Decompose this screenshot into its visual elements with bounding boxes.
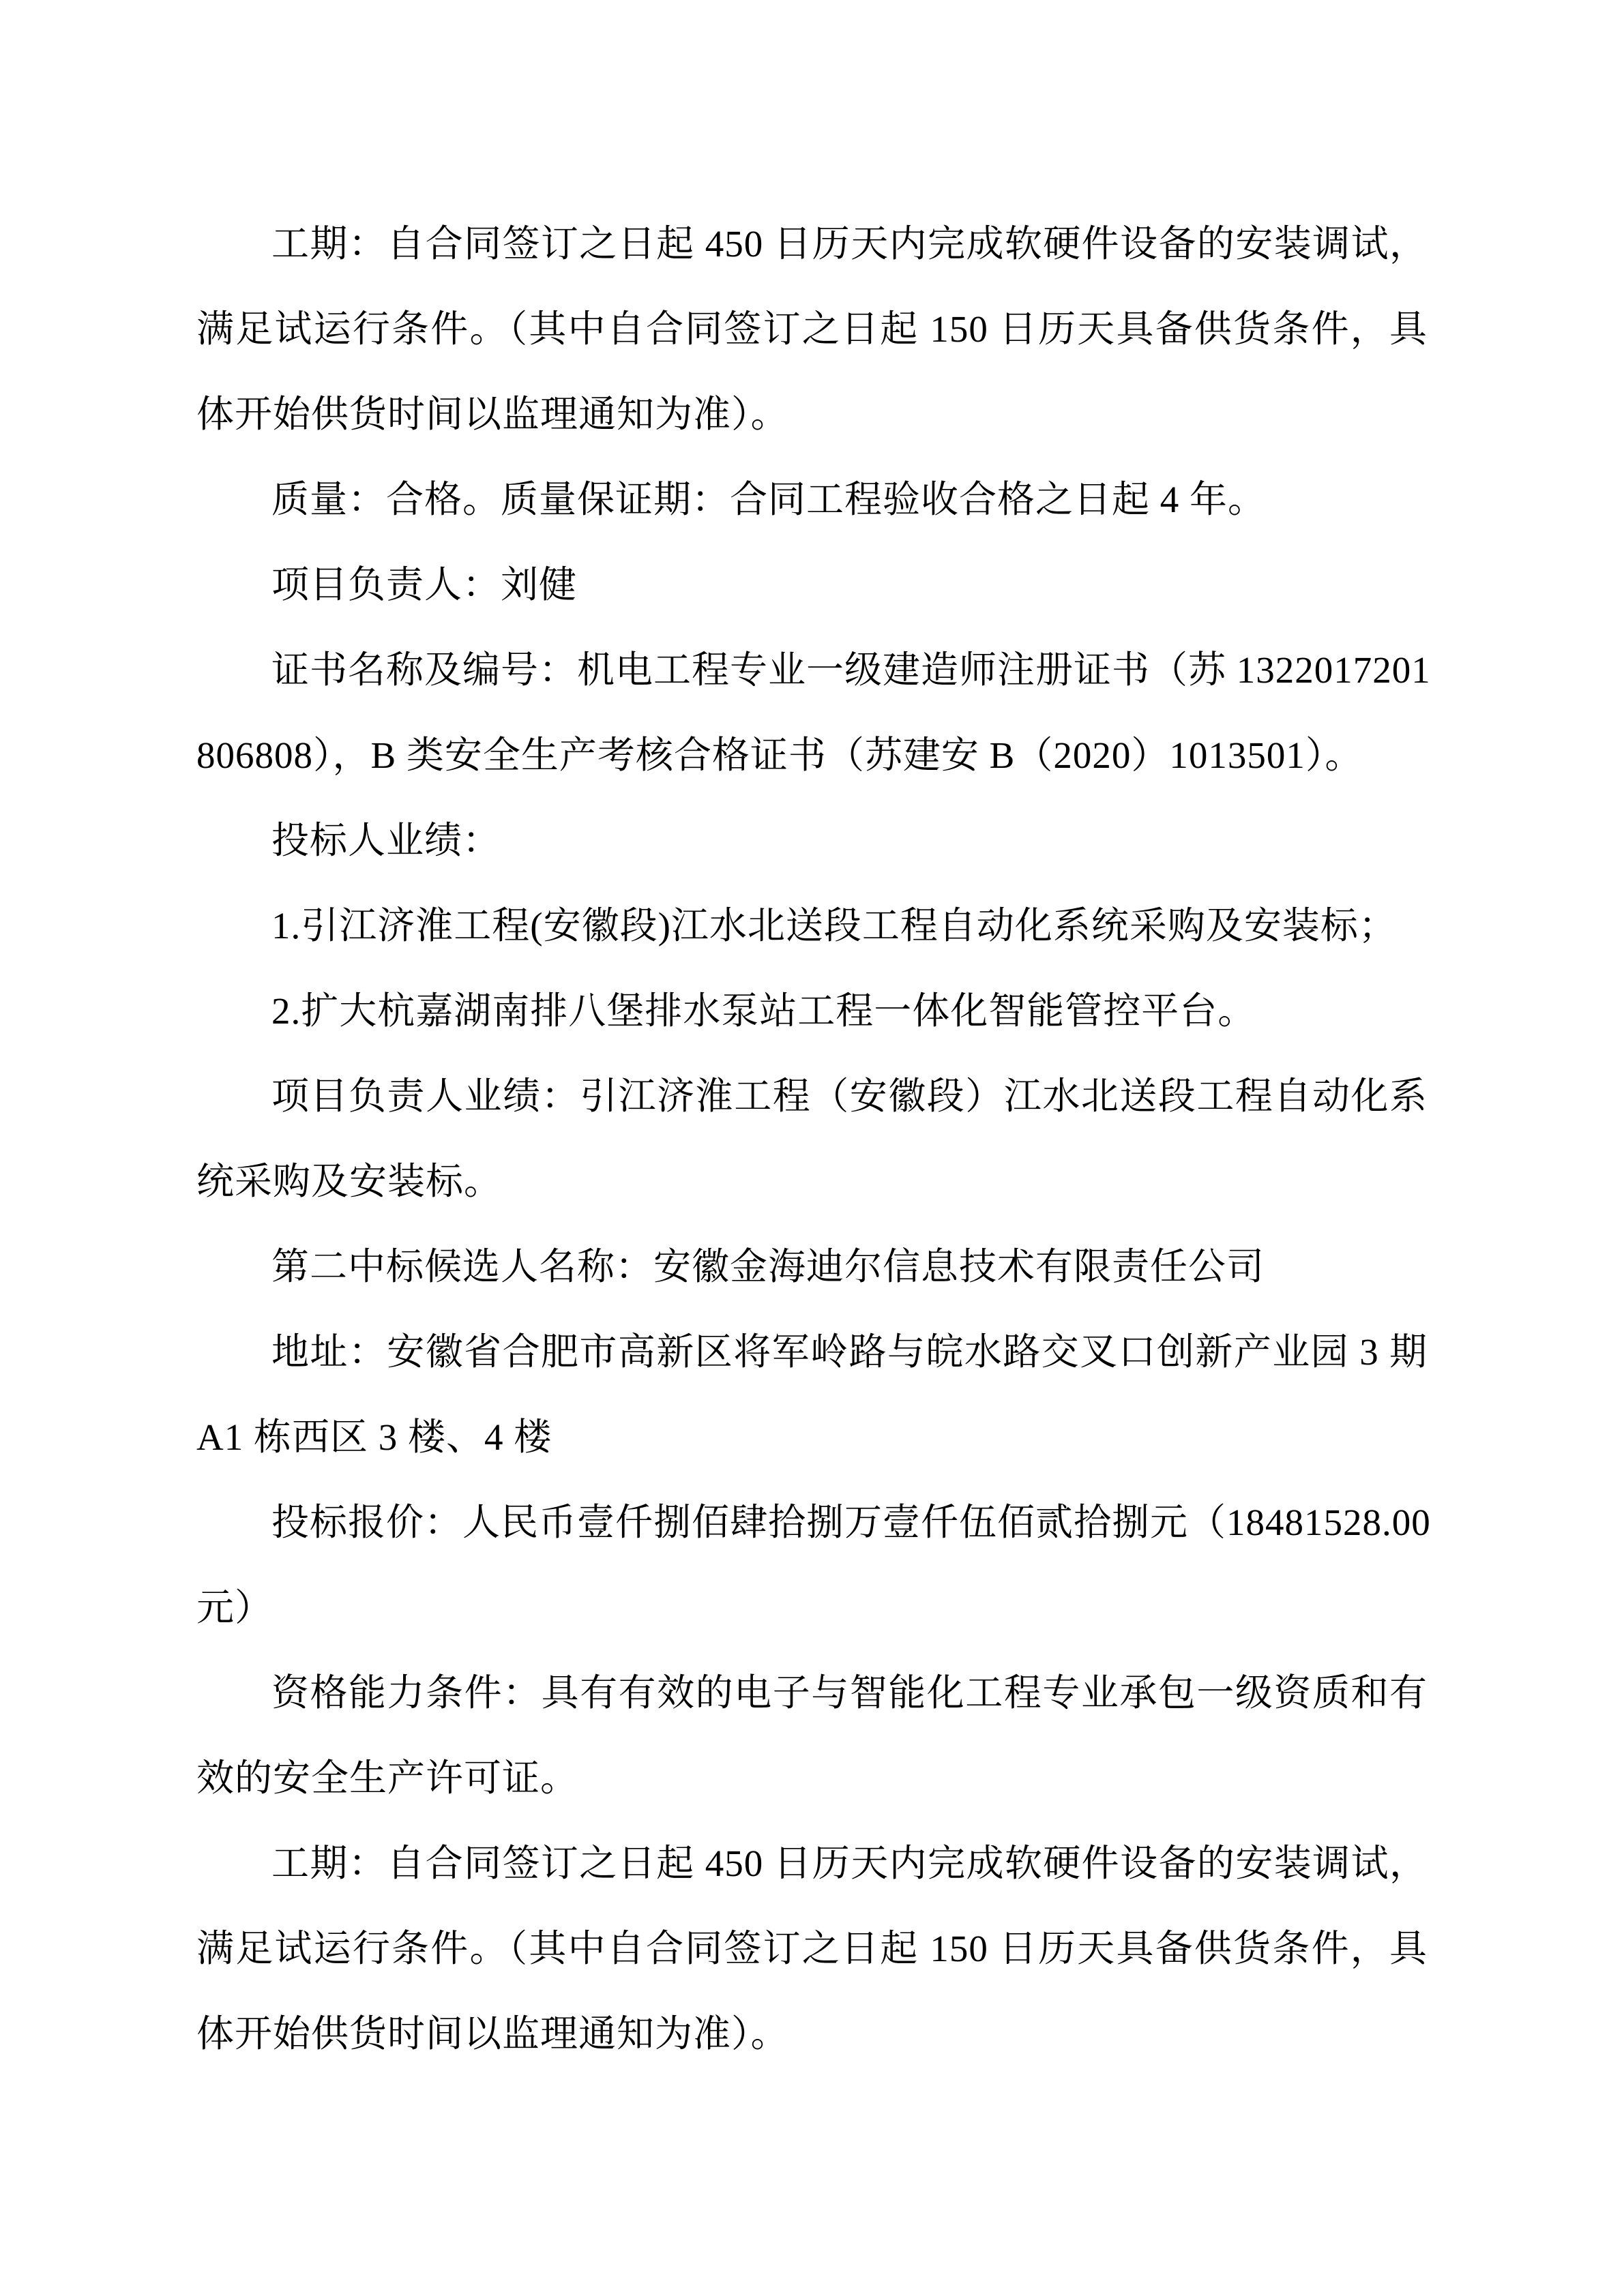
text-line: 满足试运行条件。（其中自合同签订之日起 150 日历天具备供货条件，具	[196, 1906, 1428, 1991]
text-line: 2.扩大杭嘉湖南排八堡排水泵站工程一体化智能管控平台。	[196, 968, 1428, 1054]
text-line: 证书名称及编号：机电工程专业一级建造师注册证书（苏 1322017201	[196, 627, 1428, 713]
document-page: 工期：自合同签订之日起 450 日历天内完成软硬件设备的安装调试， 满足试运行条…	[0, 0, 1624, 2296]
text-line: 体开始供货时间以监理通知为准）。	[196, 372, 1428, 457]
text-line: 工期：自合同签订之日起 450 日历天内完成软硬件设备的安装调试，	[196, 201, 1428, 286]
text-line: 工期：自合同签订之日起 450 日历天内完成软硬件设备的安装调试，	[196, 1821, 1428, 1906]
text-line: 资格能力条件：具有有效的电子与智能化工程专业承包一级资质和有	[196, 1650, 1428, 1735]
text-line: 效的安全生产许可证。	[196, 1735, 1428, 1821]
text-line: 第二中标候选人名称：安徽金海迪尔信息技术有限责任公司	[196, 1224, 1428, 1309]
text-line: 质量：合格。质量保证期：合同工程验收合格之日起 4 年。	[196, 457, 1428, 542]
text-line: 投标报价：人民币壹仟捌佰肆拾捌万壹仟伍佰贰拾捌元（18481528.00	[196, 1480, 1428, 1565]
text-line: 地址：安徽省合肥市高新区将军岭路与皖水路交叉口创新产业园 3 期	[196, 1309, 1428, 1395]
text-line: 元）	[196, 1565, 1428, 1650]
text-line: 体开始供货时间以监理通知为准）。	[196, 1991, 1428, 2076]
text-line: 统采购及安装标。	[196, 1139, 1428, 1224]
text-line: A1 栋西区 3 楼、4 楼	[196, 1395, 1428, 1480]
text-line: 满足试运行条件。（其中自合同签订之日起 150 日历天具备供货条件，具	[196, 286, 1428, 372]
text-line: 投标人业绩：	[196, 798, 1428, 883]
text-line: 1.引江济淮工程(安徽段)江水北送段工程自动化系统采购及安装标；	[196, 883, 1428, 968]
text-line: 项目负责人：刘健	[196, 542, 1428, 627]
text-line: 项目负责人业绩：引江济淮工程（安徽段）江水北送段工程自动化系	[196, 1054, 1428, 1139]
text-line: 806808），B 类安全生产考核合格证书（苏建安 B（2020）1013501…	[196, 713, 1428, 798]
